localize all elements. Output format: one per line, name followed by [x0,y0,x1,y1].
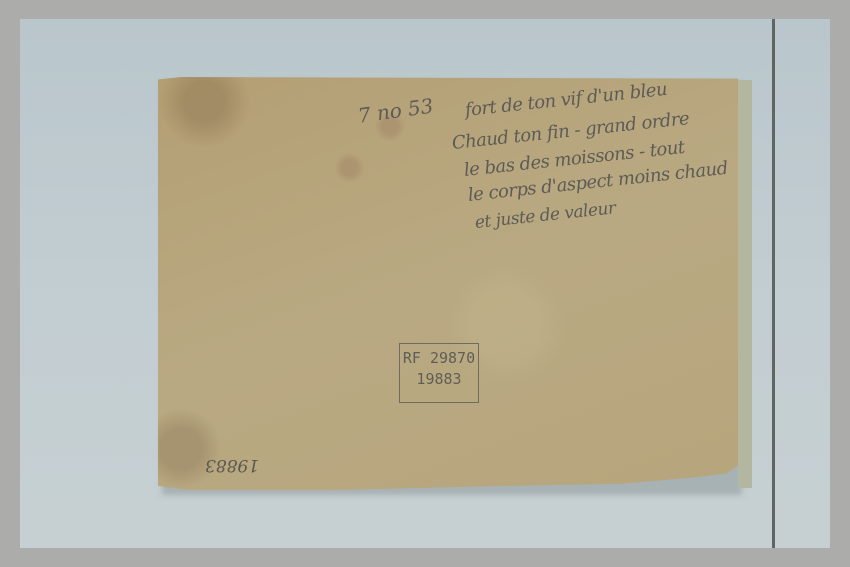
collection-stamp: RF 29870 19883 [399,343,479,403]
stamp-line-2: 19883 [400,369,478,390]
stamp-line-1: RF 29870 [400,348,478,369]
mount-edge-line [772,19,775,548]
hinge-strip [738,80,752,488]
inventory-number: 19883 [205,455,259,475]
paper-sheet [158,77,738,490]
